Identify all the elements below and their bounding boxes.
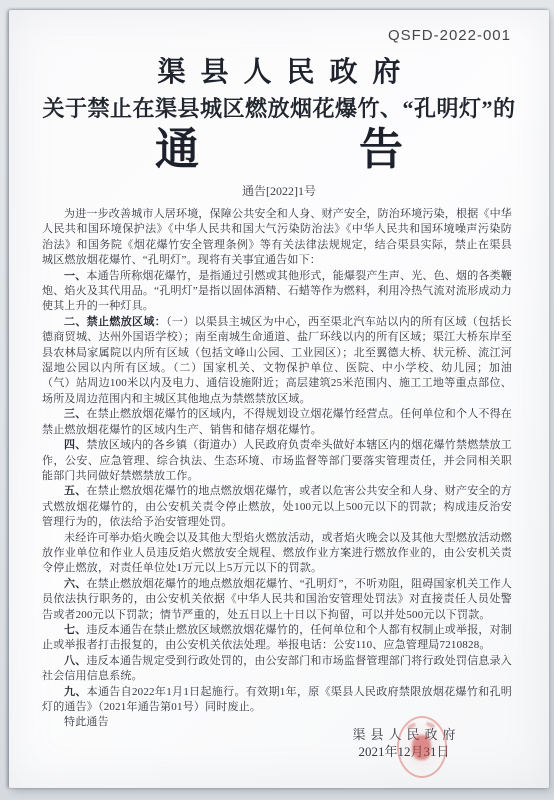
document-page: QSFD-2022-001 渠县人民政府 关于禁止在渠县城区燃放烟花爆竹、“孔明… bbox=[9, 10, 549, 788]
issuing-authority-title: 渠县人民政府 bbox=[9, 58, 549, 88]
paragraph-text: 在禁止燃放烟花爆竹的区域内，不得规划设立烟花爆竹经营点。任何单位和个人不得在禁止… bbox=[42, 408, 512, 435]
notice-paragraph: 四、禁放区域内的各乡镇（街道办）人民政府负责牵头做好本辖区内的烟花爆竹禁燃禁放工… bbox=[42, 438, 512, 484]
notice-paragraph: 未经许可举办焰火晚会以及其他大型焰火燃放活动，或者焰火晚会以及其他大型燃放活动燃… bbox=[42, 531, 512, 577]
paragraph-lead: 三、 bbox=[64, 408, 86, 420]
paragraph-lead: 五、 bbox=[64, 485, 86, 497]
paragraph-lead: 六、 bbox=[64, 578, 86, 590]
notice-subject-line: 关于禁止在渠县城区燃放烟花爆竹、“孔明灯”的 bbox=[9, 96, 549, 122]
notice-paragraph: 为进一步改善城市人居环境，保障公共安全和人身、财产安全，防治环境污染，根据《中华… bbox=[42, 207, 512, 269]
paragraph-lead: 九、 bbox=[64, 686, 87, 698]
notice-paragraph: 九、本通告自2022年1月1日起施行。有效期1年，原《渠县人民政府禁限放烟花爆竹… bbox=[42, 685, 512, 716]
paragraph-text: （一）以渠县主城区为中心，西至渠北汽车站以内的所有区域（包括长德商贸城、达州外国… bbox=[42, 316, 512, 405]
document-photo: QSFD-2022-001 渠县人民政府 关于禁止在渠县城区燃放烟花爆竹、“孔明… bbox=[0, 0, 554, 800]
paragraph-lead: 四、 bbox=[64, 439, 86, 451]
paragraph-text: 为进一步改善城市人居环境，保障公共安全和人身、财产安全，防治环境污染，根据《中华… bbox=[42, 208, 512, 266]
paragraph-lead: 二、禁止燃放区域： bbox=[64, 316, 166, 328]
notice-paragraph: 七、违反本通告在禁止燃放区域燃放烟花爆竹的，任何单位和个人都有权制止或举报，对制… bbox=[42, 623, 512, 654]
notice-paragraph: 三、在禁止燃放烟花爆竹的区域内，不得规划设立烟花爆竹经营点。任何单位和个人不得在… bbox=[42, 407, 512, 438]
paragraph-text: 违反本通告在禁止燃放区域燃放烟花爆竹的，任何单位和个人都有权制止或举报，对制止或… bbox=[42, 624, 512, 651]
paragraph-text: 违反本通告规定受到行政处罚的，由公安部门和市场监督管理部门将行政处罚信息录入社会… bbox=[42, 655, 512, 682]
notice-body: 为进一步改善城市人居环境，保障公共安全和人身、财产安全，防治环境污染，根据《中华… bbox=[42, 207, 512, 731]
official-red-seal-icon bbox=[397, 716, 447, 778]
paragraph-text: 禁放区域内的各乡镇（街道办）人民政府负责牵头做好本辖区内的烟花爆竹禁燃禁放工作，… bbox=[42, 439, 512, 482]
seal-emblem bbox=[412, 735, 431, 760]
notice-paragraph: 五、在禁止燃放烟花爆竹的地点燃放烟花爆竹，或者以危害公共安全和人身、财产安全的方… bbox=[42, 484, 512, 530]
paragraph-lead: 一、 bbox=[64, 270, 86, 282]
notice-number: 通告[2022]1号 bbox=[9, 184, 549, 198]
paragraph-text: 在禁止燃放烟花爆竹的地点燃放烟花爆竹、“孔明灯”，不听劝阻，阻碍国家机关工作人员… bbox=[42, 578, 512, 621]
paragraph-text: 未经许可举办焰火晚会以及其他大型焰火燃放活动，或者焰火晚会以及其他大型燃放活动燃… bbox=[42, 532, 512, 575]
document-code: QSFD-2022-001 bbox=[9, 10, 549, 44]
notice-paragraph: 六、在禁止燃放烟花爆竹的地点燃放烟花爆竹、“孔明灯”，不听劝阻，阻碍国家机关工作… bbox=[42, 577, 512, 623]
seal-arc-mark bbox=[426, 721, 436, 728]
paragraph-text: 在禁止燃放烟花爆竹的地点燃放烟花爆竹，或者以危害公共安全和人身、财产安全的方式燃… bbox=[42, 485, 512, 528]
paragraph-lead: 八、 bbox=[64, 655, 86, 667]
notice-paragraph: 一、本通告所称烟花爆竹，是指通过引燃或其他形式，能爆裂产生声、光、色、烟的各类鞭… bbox=[42, 269, 512, 315]
notice-paragraph: 八、违反本通告规定受到行政处罚的，由公安部门和市场监督管理部门将行政处罚信息录入… bbox=[42, 654, 512, 685]
notice-type-heading: 通 告 bbox=[9, 124, 549, 176]
notice-paragraph: 二、禁止燃放区域：（一）以渠县主城区为中心，西至渠北汽车站以内的所有区域（包括长… bbox=[42, 315, 512, 407]
paragraph-lead: 七、 bbox=[64, 624, 86, 636]
paragraph-text: 本通告自2022年1月1日起施行。有效期1年，原《渠县人民政府禁限放烟花爆竹和孔… bbox=[42, 686, 512, 713]
seal-arc-mark bbox=[407, 722, 417, 730]
paragraph-text: 本通告所称烟花爆竹，是指通过引燃或其他形式，能爆裂产生声、光、色、烟的各类鞭炮、… bbox=[42, 270, 512, 313]
paragraph-text: 特此通告 bbox=[64, 716, 109, 728]
